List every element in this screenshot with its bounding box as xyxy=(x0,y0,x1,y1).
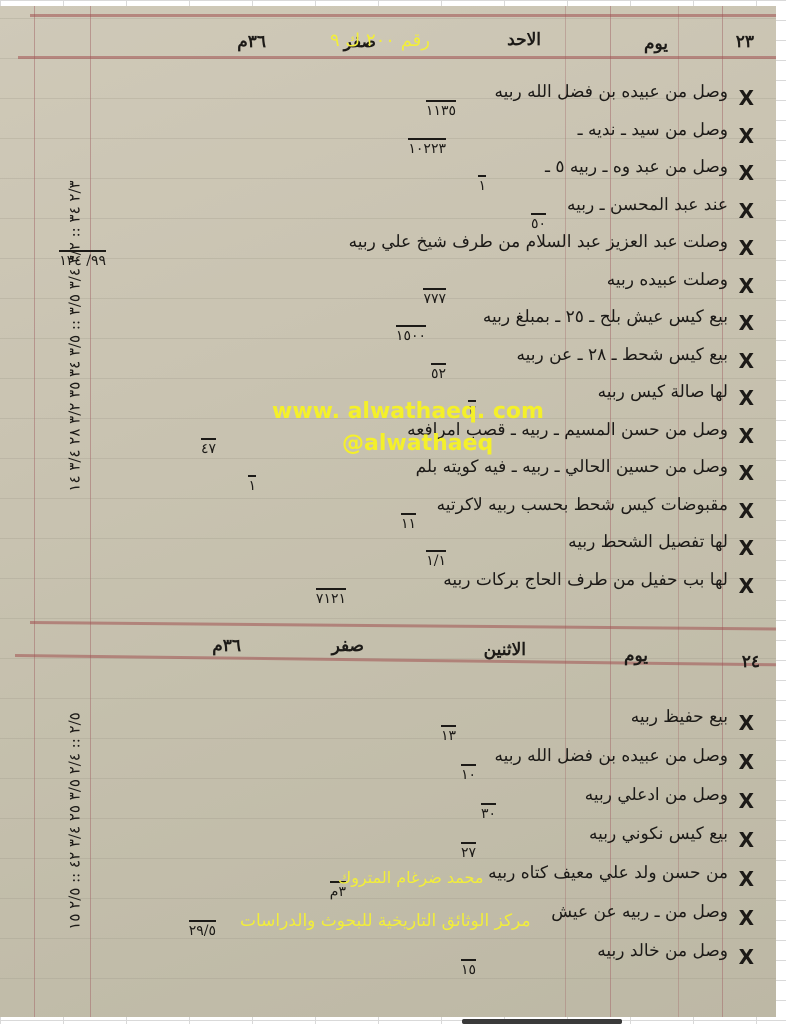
margin-rule xyxy=(34,6,35,1017)
check-mark-icon: X xyxy=(739,349,754,373)
ledger-entry-text: وصل من عبيده بن فضل الله ربيه xyxy=(495,82,728,102)
ledger-entry-text: بيع كيس شحط ـ ٢٨ ـ عن ربيه xyxy=(517,345,729,365)
ledger-entry-text: بيع كيس نكوني ربيه xyxy=(589,824,728,844)
ledger-entry-text: لها صالة كيس ربيه xyxy=(598,382,728,402)
ledger-entry-text: من حسن ولد علي معيف كتاه ربيه xyxy=(488,863,728,883)
ledger-entry-amount: ٢٧ xyxy=(461,842,476,861)
check-mark-icon: X xyxy=(739,274,754,298)
ledger-entry-amount: ٢٩/٥ xyxy=(189,920,216,939)
ledger-entry-amount: ١١٣٥ xyxy=(426,100,456,119)
ledger-entry-text: وصلت عبد العزيز عبد السلام من طرف شيخ عل… xyxy=(349,232,728,252)
check-mark-icon: X xyxy=(739,536,754,560)
header-rule xyxy=(30,14,776,17)
check-mark-icon: X xyxy=(739,828,754,852)
ledger-entry-text: وصل من عبد وه ـ ربيه ٥ ـ xyxy=(545,157,728,177)
ledger-entry-amount: ٥٠ xyxy=(531,213,546,232)
check-mark-icon: X xyxy=(739,424,754,448)
ledger-entry-text: وصل من ـ ربيه عن عيش xyxy=(551,902,728,922)
check-mark-icon: X xyxy=(739,499,754,523)
check-mark-icon: X xyxy=(739,461,754,485)
ledger-entry-amount: ٧٧٧ xyxy=(423,288,446,307)
margin-totals-1: ٢/٣ ٣٤ :: ٣/٢ ٣/٤ ٣/٥ :: ٣/٥ ٣٤ ٣٥ ٣/٢ ٢… xyxy=(58,66,92,606)
ledger-entry-text: لها بب حفيل من طرف الحاج بركات ربيه xyxy=(443,570,728,590)
ledger-entry-text: وصلت عبيده ربيه xyxy=(607,270,728,290)
watermark-ref-number: رقم ٢٠٠ ك ٩ xyxy=(330,30,430,51)
ledger-entry-text: وصل من ادعلي ربيه xyxy=(585,785,728,805)
ledger-entry-amount: ١ xyxy=(248,475,256,494)
check-mark-icon: X xyxy=(739,86,754,110)
ledger-entry-text: وصل من خالد ربيه xyxy=(597,941,728,961)
ledger-entry-amount: ١٥ xyxy=(461,959,476,978)
ledger-entry-text: وصل من عبيده بن فضل الله ربيه xyxy=(495,746,728,766)
header-rule xyxy=(18,56,776,59)
ledger-entry-text: وصل من سيد ـ نديه ـ xyxy=(578,120,728,140)
check-mark-icon: X xyxy=(739,574,754,598)
ledger-entry-amount: ١٣ xyxy=(441,725,456,744)
watermark-author: محمد ضرغام المتروك xyxy=(338,868,483,887)
day-label: يوم xyxy=(644,34,668,54)
weekday: الاثنين xyxy=(484,640,526,660)
margin-totals-2: ٢/٥ :: ٢/٤ ٣/٥ ٢٥ ٣/٤ ٤٢ :: ٢/٥ ١٥ xyxy=(58,671,92,971)
ledger-entry-amount: ٧١٢١ xyxy=(316,588,346,607)
check-mark-icon: X xyxy=(739,945,754,969)
check-mark-icon: X xyxy=(739,124,754,148)
ledger-entry-amount: ١٠٢٢٣ xyxy=(408,138,446,157)
ledger-entry-amount: ١/١ xyxy=(426,550,446,569)
ledger-entry-text: بيع حفيظ ربيه xyxy=(631,707,728,727)
check-mark-icon: X xyxy=(739,161,754,185)
ledger-entry-text: بيع كيس عيش بلح ـ ٢٥ ـ بمبلغ ربيه xyxy=(483,307,728,327)
check-mark-icon: X xyxy=(739,711,754,735)
year: ٣٦م xyxy=(237,32,266,52)
day-number: ٢٤ xyxy=(742,652,760,672)
watermark-organization: مركز الوثائق التاريخية للبحوث والدراسات xyxy=(240,911,531,931)
check-mark-icon: X xyxy=(739,199,754,223)
ledger-entry-amount: ٤٧ xyxy=(201,438,216,457)
ledger-entry-amount: ٣٠ xyxy=(481,803,496,822)
ledger-entry-amount: ١١ xyxy=(401,513,416,532)
ledger-entry-amount: ١٠ xyxy=(461,764,476,783)
horizontal-scrollbar[interactable] xyxy=(462,1019,622,1024)
ledger-entry-text: مقبوضات كيس شحط بحسب ربيه لاكرتيه xyxy=(437,495,728,515)
ledger-entry-amount: ١٥٠٠ xyxy=(396,325,426,344)
ledger-entry-text: وصل من حسين الحالي ـ ربيه ـ فيه كويته بل… xyxy=(416,457,728,477)
check-mark-icon: X xyxy=(739,750,754,774)
year: ٣٦م xyxy=(212,636,241,656)
day-label: يوم xyxy=(624,646,648,666)
weekday: الاحد xyxy=(507,30,541,50)
ledger-entry-amount: ٥٢ xyxy=(431,363,446,382)
watermark-handle: @alwathaeq xyxy=(342,431,493,456)
ledger-entry-amount: ١ xyxy=(478,175,486,194)
ledger-entry-text: عند عبد المحسن ـ ربيه xyxy=(567,195,728,215)
month: صفر xyxy=(332,636,364,656)
day-number: ٢٣ xyxy=(736,32,754,52)
check-mark-icon: X xyxy=(739,386,754,410)
check-mark-icon: X xyxy=(739,789,754,813)
ledger-entry-text: لها تفصيل الشحط ربيه xyxy=(568,532,728,552)
watermark-website: www. alwathaeq. com xyxy=(272,399,544,424)
check-mark-icon: X xyxy=(739,906,754,930)
check-mark-icon: X xyxy=(739,236,754,260)
check-mark-icon: X xyxy=(739,867,754,891)
check-mark-icon: X xyxy=(739,311,754,335)
scanned-ledger-page: ٢٣ يوم الاحد صفر ٣٦م Xوصل من عبيده بن فض… xyxy=(0,6,776,1017)
